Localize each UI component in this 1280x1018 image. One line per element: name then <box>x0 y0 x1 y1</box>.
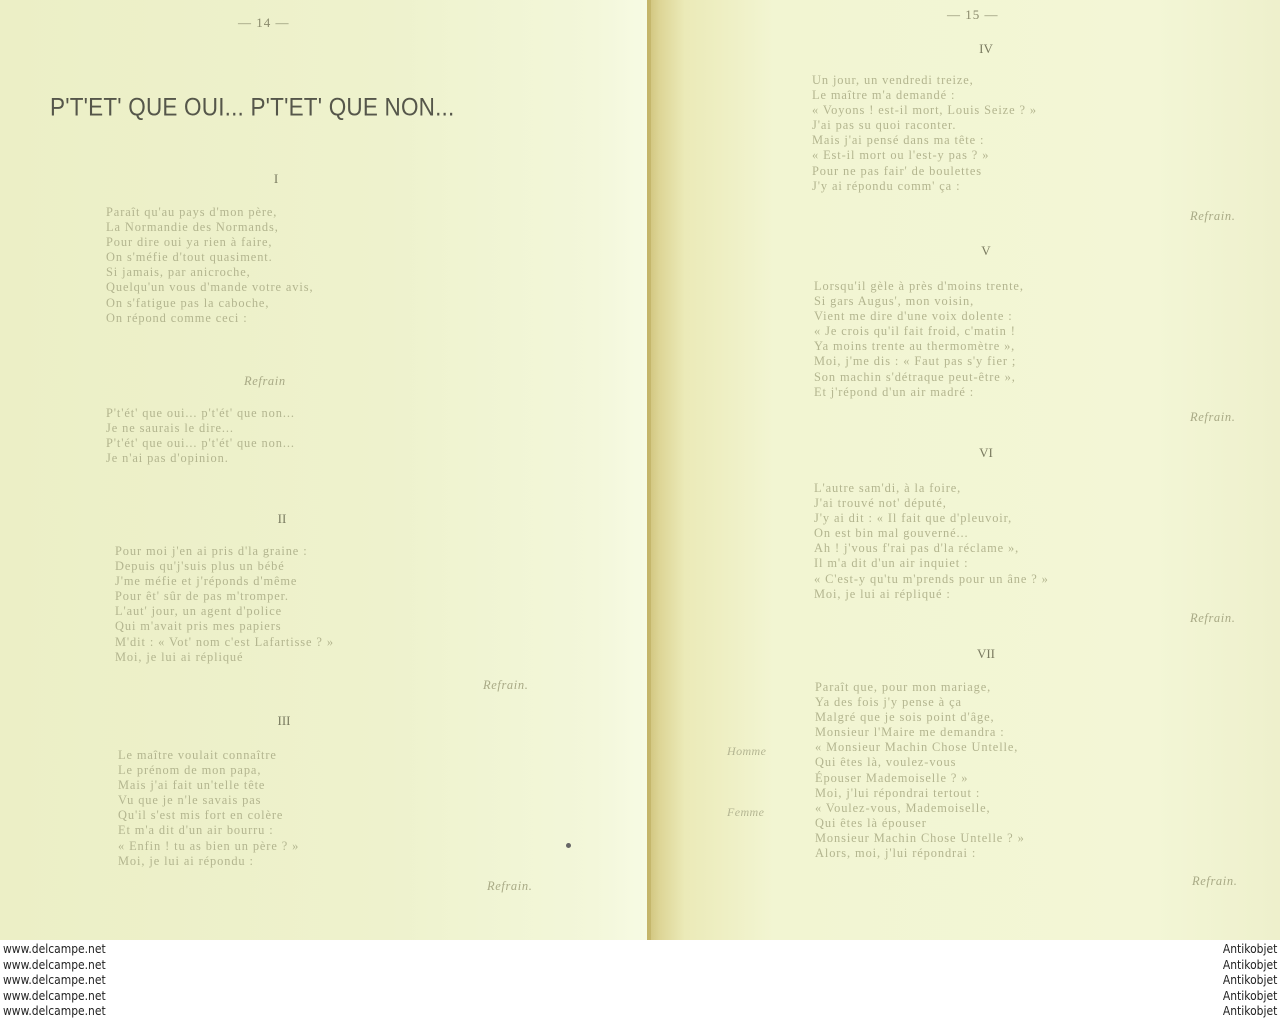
book-scan: — 14 — P'T'ET' QUE OUI... P'T'ET' QUE NO… <box>0 0 1280 940</box>
text-line: Antikobjet <box>1223 972 1277 988</box>
stanza-1: Paraît qu'au pays d'mon père,La Normandi… <box>106 205 313 326</box>
text-line: Moi, je lui ai répliqué <box>115 650 334 665</box>
text-line: Je n'ai pas d'opinion. <box>106 451 295 466</box>
text-line: www.delcampe.net <box>3 1003 106 1018</box>
text-line: « Est-il mort ou l'est-y pas ? » <box>812 148 1037 163</box>
text-line: Ya moins trente au thermomètre », <box>814 339 1024 354</box>
text-line: Qui m'avait pris mes papiers <box>115 619 334 634</box>
page-number-left: — 14 — <box>238 15 290 31</box>
text-line: On s'méfie d'tout quasiment. <box>106 250 313 265</box>
text-line: M'dit : « Vot' nom c'est Lafartisse ? » <box>115 635 334 650</box>
page-number-right: — 15 — <box>947 7 999 23</box>
text-line: J'y ai dit : « Il fait que d'pleuvoir, <box>814 511 1049 526</box>
stanza-5: Lorsqu'il gèle à près d'moins trente,Si … <box>814 279 1024 400</box>
watermark-right: AntikobjetAntikobjetAntikobjetAntikobjet… <box>1223 941 1277 1018</box>
text-line: P't'ét' que oui... p't'ét' que non... <box>106 406 295 421</box>
text-line: Vu que je n'le savais pas <box>118 793 299 808</box>
text-line: Je ne saurais le dire... <box>106 421 295 436</box>
text-line: Ya des fois j'y pense à ça <box>815 695 1025 710</box>
text-line: P't'ét' que oui... p't'ét' que non... <box>106 436 295 451</box>
right-page: — 15 — IV Un jour, un vendredi treize,Le… <box>647 0 1280 940</box>
text-line: Et j'répond d'un air madré : <box>814 385 1024 400</box>
text-line: Alors, moi, j'lui répondrai : <box>815 846 1025 861</box>
speaker-label-homme: Homme <box>727 744 766 759</box>
text-line: Le maître voulait connaître <box>118 748 299 763</box>
text-line: Moi, je lui ai répondu : <box>118 854 299 869</box>
refrain-cue-2: Refrain. <box>483 678 528 693</box>
text-line: La Normandie des Normands, <box>106 220 313 235</box>
text-line: Antikobjet <box>1223 941 1277 957</box>
text-line: Depuis qu'j'suis plus un bébé <box>115 559 334 574</box>
song-title: P'T'ET' QUE OUI... P'T'ET' QUE NON... <box>50 93 454 122</box>
text-line: Si jamais, par anicroche, <box>106 265 313 280</box>
book-gutter <box>647 0 651 940</box>
text-line: www.delcampe.net <box>3 988 106 1004</box>
text-line: Lorsqu'il gèle à près d'moins trente, <box>814 279 1024 294</box>
stanza-numeral-7: VII <box>956 646 1016 662</box>
text-line: Si gars Augus', mon voisin, <box>814 294 1024 309</box>
stanza-numeral-3: III <box>254 713 314 729</box>
stanza-6: L'autre sam'di, à la foire,J'ai trouvé n… <box>814 481 1049 602</box>
text-line: J'y ai répondu comm' ça : <box>812 179 1037 194</box>
ink-speck <box>566 843 571 848</box>
text-line: « Enfin ! tu as bien un père ? » <box>118 839 299 854</box>
text-line: Antikobjet <box>1223 957 1277 973</box>
text-line: « Je crois qu'il fait froid, c'matin ! <box>814 324 1024 339</box>
speaker-label-femme: Femme <box>727 805 764 820</box>
text-line: Moi, j'me dis : « Faut pas s'y fier ; <box>814 354 1024 369</box>
text-line: Pour moi j'en ai pris d'la graine : <box>115 544 334 559</box>
text-line: www.delcampe.net <box>3 972 106 988</box>
stanza-2: Pour moi j'en ai pris d'la graine :Depui… <box>115 544 334 665</box>
text-line: Monsieur l'Maire me demandra : <box>815 725 1025 740</box>
text-line: Épouser Mademoiselle ? » <box>815 771 1025 786</box>
text-line: Ah ! j'vous f'rai pas d'la réclame », <box>814 541 1049 556</box>
text-line: Mais j'ai pensé dans ma tête : <box>812 133 1037 148</box>
text-line: « Voyons ! est-il mort, Louis Seize ? » <box>812 103 1037 118</box>
text-line: Il m'a dit d'un air inquiet : <box>814 556 1049 571</box>
stanza-numeral-6: VI <box>956 445 1016 461</box>
text-line: Moi, je lui ai répliqué : <box>814 587 1049 602</box>
stanza-numeral-2: II <box>252 511 312 527</box>
text-line: Moi, j'lui répondrai tertout : <box>815 786 1025 801</box>
text-line: www.delcampe.net <box>3 941 106 957</box>
stanza-numeral-1: I <box>246 171 306 187</box>
text-line: On est bin mal gouverné... <box>814 526 1049 541</box>
text-line: www.delcampe.net <box>3 957 106 973</box>
refrain-cue-7: Refrain. <box>1192 874 1237 889</box>
text-line: L'aut' jour, un agent d'police <box>115 604 334 619</box>
text-line: Son machin s'détraque peut-être », <box>814 370 1024 385</box>
text-line: Monsieur Machin Chose Untelle ? » <box>815 831 1025 846</box>
text-line: Vient me dire d'une voix dolente : <box>814 309 1024 324</box>
refrain-cue-5: Refrain. <box>1190 410 1235 425</box>
text-line: Qui êtes là, voulez-vous <box>815 755 1025 770</box>
refrain-cue-3: Refrain. <box>487 879 532 894</box>
text-line: Et m'a dit d'un air bourru : <box>118 823 299 838</box>
text-line: On répond comme ceci : <box>106 311 313 326</box>
text-line: Pour ne pas fair' de boulettes <box>812 164 1037 179</box>
text-line: J'me méfie et j'réponds d'même <box>115 574 334 589</box>
text-line: « C'est-y qu'tu m'prends pour un âne ? » <box>814 572 1049 587</box>
left-page: — 14 — P'T'ET' QUE OUI... P'T'ET' QUE NO… <box>0 0 647 940</box>
text-line: J'ai trouvé not' député, <box>814 496 1049 511</box>
text-line: Paraît qu'au pays d'mon père, <box>106 205 313 220</box>
stanza-4: Un jour, un vendredi treize,Le maître m'… <box>812 73 1037 194</box>
refrain-cue-4: Refrain. <box>1190 209 1235 224</box>
text-line: J'ai pas su quoi raconter. <box>812 118 1037 133</box>
refrain-lines: P't'ét' que oui... p't'ét' que non...Je … <box>106 406 295 466</box>
text-line: Qui êtes là épouser <box>815 816 1025 831</box>
refrain-cue-6: Refrain. <box>1190 611 1235 626</box>
text-line: « Monsieur Machin Chose Untelle, <box>815 740 1025 755</box>
text-line: Le maître m'a demandé : <box>812 88 1037 103</box>
text-line: Pour êt' sûr de pas m'tromper. <box>115 589 334 604</box>
text-line: Le prénom de mon papa, <box>118 763 299 778</box>
text-line: Quelqu'un vous d'mande votre avis, <box>106 280 313 295</box>
text-line: Un jour, un vendredi treize, <box>812 73 1037 88</box>
text-line: « Voulez-vous, Mademoiselle, <box>815 801 1025 816</box>
stanza-numeral-5: V <box>956 243 1016 259</box>
stanza-3: Le maître voulait connaîtreLe prénom de … <box>118 748 299 869</box>
watermark-left: www.delcampe.netwww.delcampe.netwww.delc… <box>3 941 106 1018</box>
text-line: L'autre sam'di, à la foire, <box>814 481 1049 496</box>
stanza-numeral-4: IV <box>956 41 1016 57</box>
text-line: Mais j'ai fait un'telle tête <box>118 778 299 793</box>
text-line: Paraît que, pour mon mariage, <box>815 680 1025 695</box>
text-line: Qu'il s'est mis fort en colère <box>118 808 299 823</box>
text-line: On s'fatigue pas la caboche, <box>106 296 313 311</box>
text-line: Pour dire oui ya rien à faire, <box>106 235 313 250</box>
refrain-heading: Refrain <box>244 374 286 389</box>
text-line: Antikobjet <box>1223 1003 1277 1018</box>
text-line: Antikobjet <box>1223 988 1277 1004</box>
stanza-7: Paraît que, pour mon mariage,Ya des fois… <box>815 680 1025 861</box>
text-line: Malgré que je sois point d'âge, <box>815 710 1025 725</box>
